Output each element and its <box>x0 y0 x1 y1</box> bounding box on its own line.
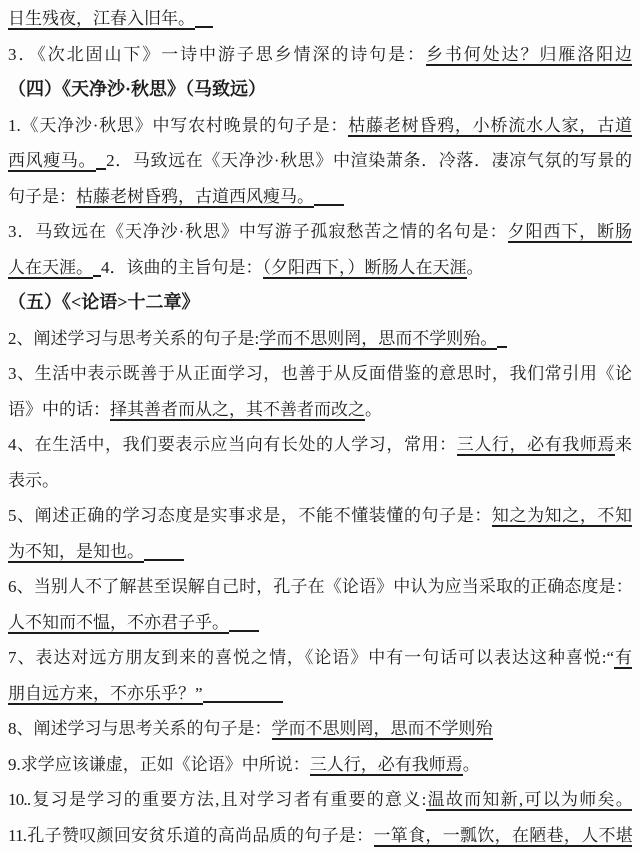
question-text: 9.求学应该谦虚，正如《论语》中所说： <box>8 755 310 774</box>
underline-tail <box>96 154 106 170</box>
question-text: 3、生活中表示既善于从正面学习，也善于从反面借鉴的意思时，我们常引用《论 <box>8 364 632 383</box>
question-text: 5、阐述正确的学习态度是实事求是，不能不懂装懂的句子是： <box>8 506 492 525</box>
underline-tail <box>203 687 283 703</box>
text-line: 语》中的话：择其善者而从之，其不善者而改之。 <box>8 392 632 428</box>
text-line: 人在天涯。4．该曲的主旨句是：（夕阳西下，）断肠人在天涯。 <box>8 250 632 286</box>
underlined-answer: 学而不思则罔，思而不学则殆 <box>272 719 493 740</box>
text-line: 3．《次北固山下》一诗中游子思乡情深的诗句是：乡书何处达？归雁洛阳边 <box>8 37 632 73</box>
question-text: 6、当别人不了解甚至误解自己时，孔子在《论语》中认为应当采取的正确态度是： <box>8 577 632 596</box>
text-line: 西风瘦马。2．马致远在《天净沙·秋思》中渲染萧条．冷落．凄凉气氛的写景的 <box>8 143 632 179</box>
text-line: 表示。 <box>8 463 632 499</box>
underlined-answer: 朋自远方来，不亦乐乎？” <box>8 684 203 705</box>
underlined-answer: 人在天涯。 <box>8 258 93 279</box>
underlined-answer: 为不知，是知也。 <box>8 542 144 563</box>
question-text: 11.孔子赞叹颜回安贫乐道的高尚品质的句子是： <box>8 826 374 845</box>
question-text: 表示。 <box>8 471 59 490</box>
underline-tail <box>144 545 184 561</box>
question-text: 语》中的话： <box>8 400 110 419</box>
text-line: 7、表达对远方朋友到来的喜悦之情，《论语》中有一句话可以表达这种喜悦:“有 <box>8 640 632 676</box>
text-line: 2、阐述学习与思考关系的句子是:学而不思则罔，思而不学则殆。 <box>8 321 632 357</box>
underlined-answer: 枯藤老树昏鸦，古道西风瘦马。 <box>76 187 314 208</box>
underlined-answer: 三人行，必有我师焉 <box>310 755 463 776</box>
text-line: 6、当别人不了解甚至误解自己时，孔子在《论语》中认为应当采取的正确态度是： <box>8 569 632 605</box>
underlined-answer: 有 <box>614 648 632 669</box>
question-text: 句子是： <box>8 187 76 206</box>
text-line: 为不知，是知也。 <box>8 534 632 570</box>
question-text: 3．《次北固山下》一诗中游子思乡情深的诗句是： <box>8 45 426 64</box>
question-text: （四）《天净沙·秋思》（马致远） <box>8 79 266 99</box>
text-line: 句子是：枯藤老树昏鸦，古道西风瘦马。 <box>8 179 632 215</box>
underline-tail <box>497 332 507 348</box>
underlined-answer: 择其善者而从之，其不善者而改之 <box>110 400 365 421</box>
underlined-answer: 枯藤老树昏鸦，小桥流水人家，古道 <box>348 116 632 137</box>
question-text: 4．该曲的主旨句是： <box>101 258 263 277</box>
question-text: 8、阐述学习与思考关系的句子是： <box>8 719 272 738</box>
underlined-answer: 温故而知新,可以为师矣。 <box>426 790 633 811</box>
question-text: （五）《<论语>十二章》 <box>8 292 200 312</box>
underlined-answer: 西风瘦马。 <box>8 151 96 172</box>
underlined-answer: 夕阳西下，断肠 <box>508 222 632 243</box>
section-heading: （五）《<论语>十二章》 <box>8 285 632 321</box>
question-text: 。 <box>365 400 382 419</box>
underlined-answer: 日生残夜，江春入旧年。 <box>8 9 195 30</box>
underline-tail <box>229 616 259 632</box>
underlined-answer: 知之为知之，不知 <box>492 506 632 527</box>
document-page: 日生残夜，江春入旧年。3．《次北固山下》一诗中游子思乡情深的诗句是：乡书何处达？… <box>0 0 640 853</box>
question-text: 2．马致远在《天净沙·秋思》中渲染萧条．冷落．凄凉气氛的写景的 <box>106 151 632 170</box>
underlined-answer: 人不知而不愠，不亦君子乎。 <box>8 613 229 634</box>
question-text: 10..复习是学习的重要方法,且对学习者有重要的意义: <box>8 790 426 809</box>
question-text: 。 <box>463 755 480 774</box>
text-line: 3、生活中表示既善于从正面学习，也善于从反面借鉴的意思时，我们常引用《论 <box>8 356 632 392</box>
text-line: 8、阐述学习与思考关系的句子是：学而不思则罔，思而不学则殆 <box>8 711 632 747</box>
text-line: 9.求学应该谦虚，正如《论语》中所说：三人行，必有我师焉。 <box>8 747 632 783</box>
question-text: 7、表达对远方朋友到来的喜悦之情，《论语》中有一句话可以表达这种喜悦:“ <box>8 648 614 667</box>
text-line: 人不知而不愠，不亦君子乎。 <box>8 605 632 641</box>
underline-tail <box>195 12 213 28</box>
underlined-answer: 三人行，必有我师焉 <box>457 435 615 456</box>
question-text: 4、在生活中，我们要表示应当向有长处的人学习，常用： <box>8 435 457 454</box>
underlined-answer: 一箪食，一瓢饮，在陋巷，人不堪 <box>374 826 633 847</box>
text-line: 10..复习是学习的重要方法,且对学习者有重要的意义:温故而知新,可以为师矣。 <box>8 782 632 818</box>
question-text: 2、阐述学习与思考关系的句子是: <box>8 329 259 348</box>
text-line: 11.孔子赞叹颜回安贫乐道的高尚品质的句子是：一箪食，一瓢饮，在陋巷，人不堪 <box>8 818 632 853</box>
text-line: 1.《天净沙·秋思》中写农村晚景的句子是：枯藤老树昏鸦，小桥流水人家，古道 <box>8 108 632 144</box>
text-line: 5、阐述正确的学习态度是实事求是，不能不懂装懂的句子是：知之为知之，不知 <box>8 498 632 534</box>
question-text: 1.《天净沙·秋思》中写农村晚景的句子是： <box>8 116 348 135</box>
question-text: 来 <box>615 435 632 454</box>
underlined-answer: 学而不思则罔，思而不学则殆。 <box>259 329 497 350</box>
text-line: 朋自远方来，不亦乐乎？” <box>8 676 632 712</box>
underline-tail <box>314 190 344 206</box>
text-line: 日生残夜，江春入旧年。 <box>8 1 632 37</box>
underlined-answer: 乡书何处达？归雁洛阳边 <box>426 45 632 66</box>
section-heading: （四）《天净沙·秋思》（马致远） <box>8 72 632 108</box>
question-text: 3．马致远在《天净沙·秋思》中写游子孤寂愁苦之情的名句是： <box>8 222 508 241</box>
text-line: 3．马致远在《天净沙·秋思》中写游子孤寂愁苦之情的名句是：夕阳西下，断肠 <box>8 214 632 250</box>
underline-tail <box>93 261 101 277</box>
underlined-answer: （夕阳西下，）断肠人在天涯 <box>263 258 467 279</box>
question-text: 。 <box>467 258 484 277</box>
text-line: 4、在生活中，我们要表示应当向有长处的人学习，常用：三人行，必有我师焉来 <box>8 427 632 463</box>
